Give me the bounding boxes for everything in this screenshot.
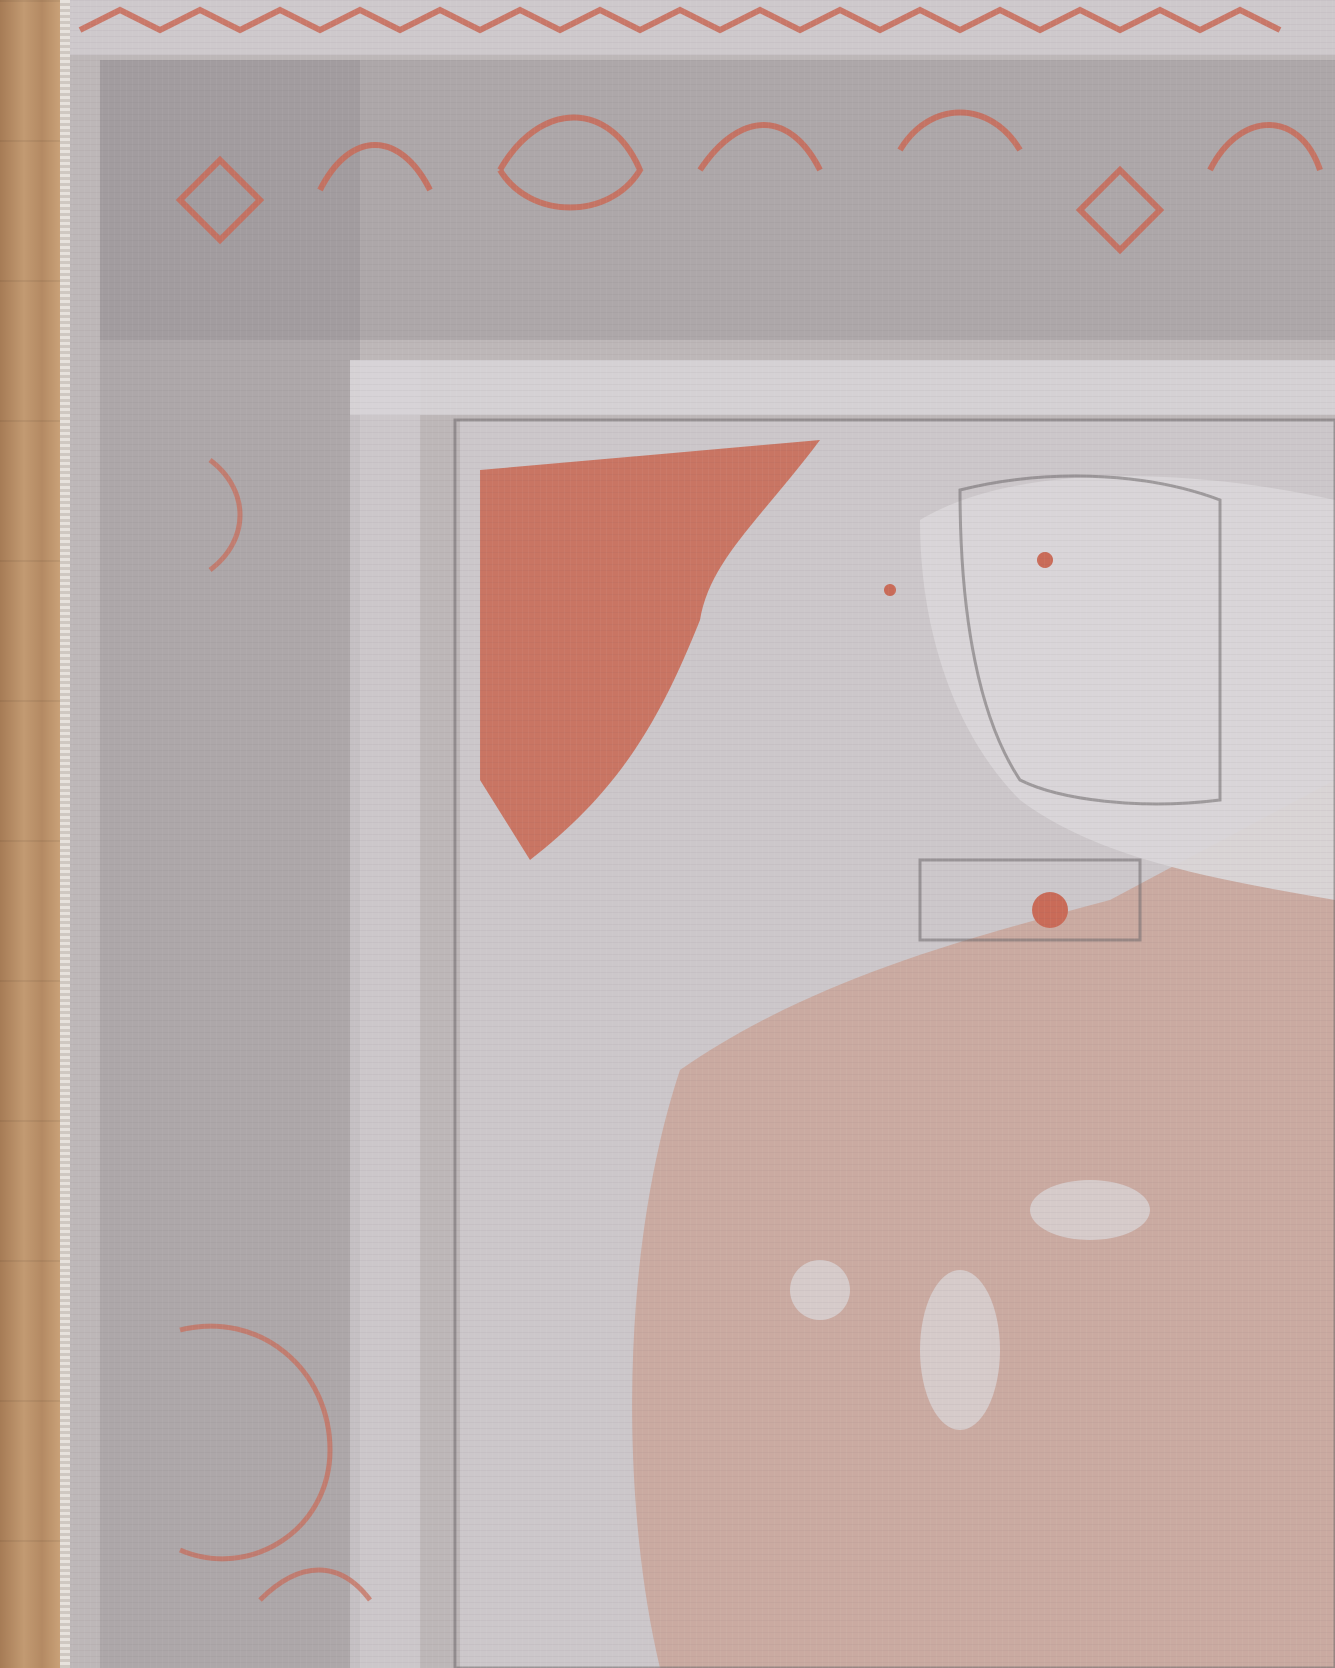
wooden-floor: [0, 0, 60, 1668]
photo-scene: [0, 0, 1335, 1668]
rug-pattern: [60, 0, 1335, 1668]
rug: [60, 0, 1335, 1668]
rug-fringe-edge: [60, 0, 70, 1668]
